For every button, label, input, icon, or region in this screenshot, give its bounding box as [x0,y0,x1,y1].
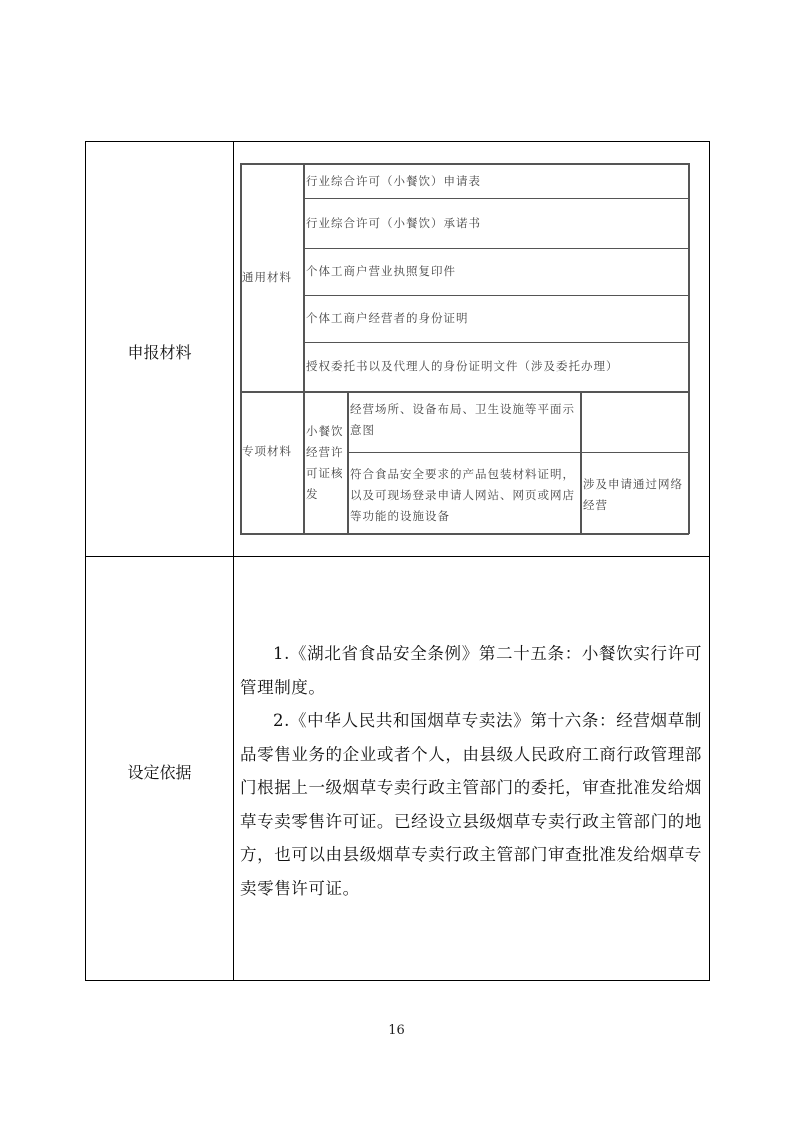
row-label-legal-basis: 设定依据 [86,760,233,783]
special-material-item: 符合食品安全要求的产品包装材料证明，以及可现场登录申请人网站、网页或网店等功能的… [350,464,578,527]
general-materials-label: 通用材料 [242,267,292,288]
materials-table: 通用材料 行业综合许可（小餐饮）申请表 行业综合许可（小餐饮）承诺书 个体工商户… [240,163,689,534]
basis-paragraph: 1.《湖北省食品安全条例》第二十五条：小餐饮实行许可管理制度。 [240,637,702,704]
material-item: 授权委托书以及代理人的身份证明文件（涉及委托办理） [306,356,619,377]
special-material-condition: 涉及申请通过网络经营 [583,474,683,516]
material-item: 行业综合许可（小餐饮）申请表 [306,171,481,192]
material-item: 个体工商户经营者的身份证明 [306,308,469,329]
special-subcategory: 小餐饮经营许可证核发 [306,421,346,505]
row-label-application-materials: 申报材料 [86,340,233,363]
material-item: 行业综合许可（小餐饮）承诺书 [306,213,481,234]
special-material-item: 经营场所、设备布局、卫生设施等平面示意图 [350,399,578,441]
material-item: 个体工商户营业执照复印件 [306,261,456,282]
row-divider [86,556,709,557]
column-divider [233,142,234,980]
page-number: 16 [0,1023,793,1038]
special-materials-label: 专项材料 [242,441,292,462]
basis-paragraph: 2.《中华人民共和国烟草专卖法》第十六条：经营烟草制品零售业务的企业或者个人，由… [240,704,702,905]
legal-basis-text: 1.《湖北省食品安全条例》第二十五条：小餐饮实行许可管理制度。 2.《中华人民共… [240,637,702,905]
